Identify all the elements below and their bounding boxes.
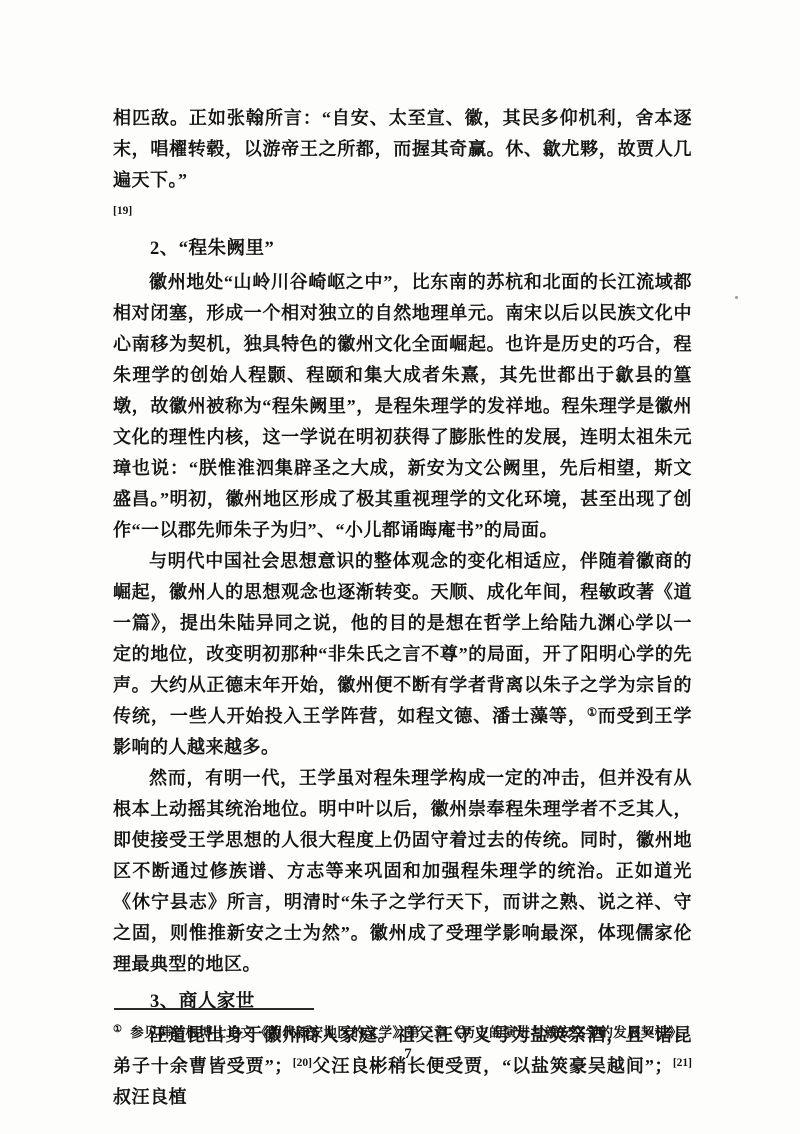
paragraph-continuation: 相匹敌。正如张翰所言：“自安、太至宣、徽，其民多仰机利，舍本逐末，唱櫂转毂，以游…: [113, 103, 692, 227]
footnote-ref-1: ①: [587, 707, 598, 719]
paragraph-thought-change: 与明代中国社会思想意识的整体观念的变化相适应，伴随着徽商的崛起，徽州人的思想观念…: [113, 546, 692, 763]
paragraph-continuation-text: 相匹敌。正如张翰所言：“自安、太至宣、徽，其民多仰机利，舍本逐末，唱櫂转毂，以游…: [113, 108, 692, 190]
footnote: ①参见韩结根博士论文《明代新安地区的文学》第三章《历史的演进与新安文学的发展契机…: [113, 1020, 703, 1043]
footnote-separator-rule: [114, 1008, 314, 1010]
footnote-marker: ①: [113, 1024, 122, 1035]
paragraph-chengzhu: 徽州地处“山岭川谷崎岖之中”，比东南的苏杭和北面的长江流域都相对闭塞，形成一个相…: [113, 267, 692, 546]
page-number: 7: [0, 1046, 800, 1063]
paragraph-thought-change-part1: 与明代中国社会思想意识的整体观念的变化相适应，伴随着徽商的崛起，徽州人的思想观念…: [113, 551, 692, 726]
document-page: { "page_number": "7", "body": { "para_in…: [0, 0, 800, 1134]
footnote-text: 参见韩结根博士论文《明代新安地区的文学》第三章《历史的演进与新安文学的发展契机》…: [130, 1025, 689, 1040]
section-heading-merchant-family: 3、商人家世: [113, 987, 692, 1018]
main-text-block: 相匹敌。正如张翰所言：“自安、太至宣、徽，其民多仰机利，舍本逐末，唱櫂转毂，以游…: [113, 103, 692, 1113]
citation-ref-19: [19]: [113, 196, 692, 227]
paragraph-wang-school: 然而，有明一代，王学虽对程朱理学构成一定的冲击，但并没有从根本上动摇其统治地位。…: [113, 763, 692, 980]
scan-artifact-dot: [735, 296, 738, 299]
section-heading-chengzhu: 2、“程朱阙里”: [113, 234, 692, 265]
paragraph-family-part3: 叔汪良植: [113, 1087, 187, 1107]
